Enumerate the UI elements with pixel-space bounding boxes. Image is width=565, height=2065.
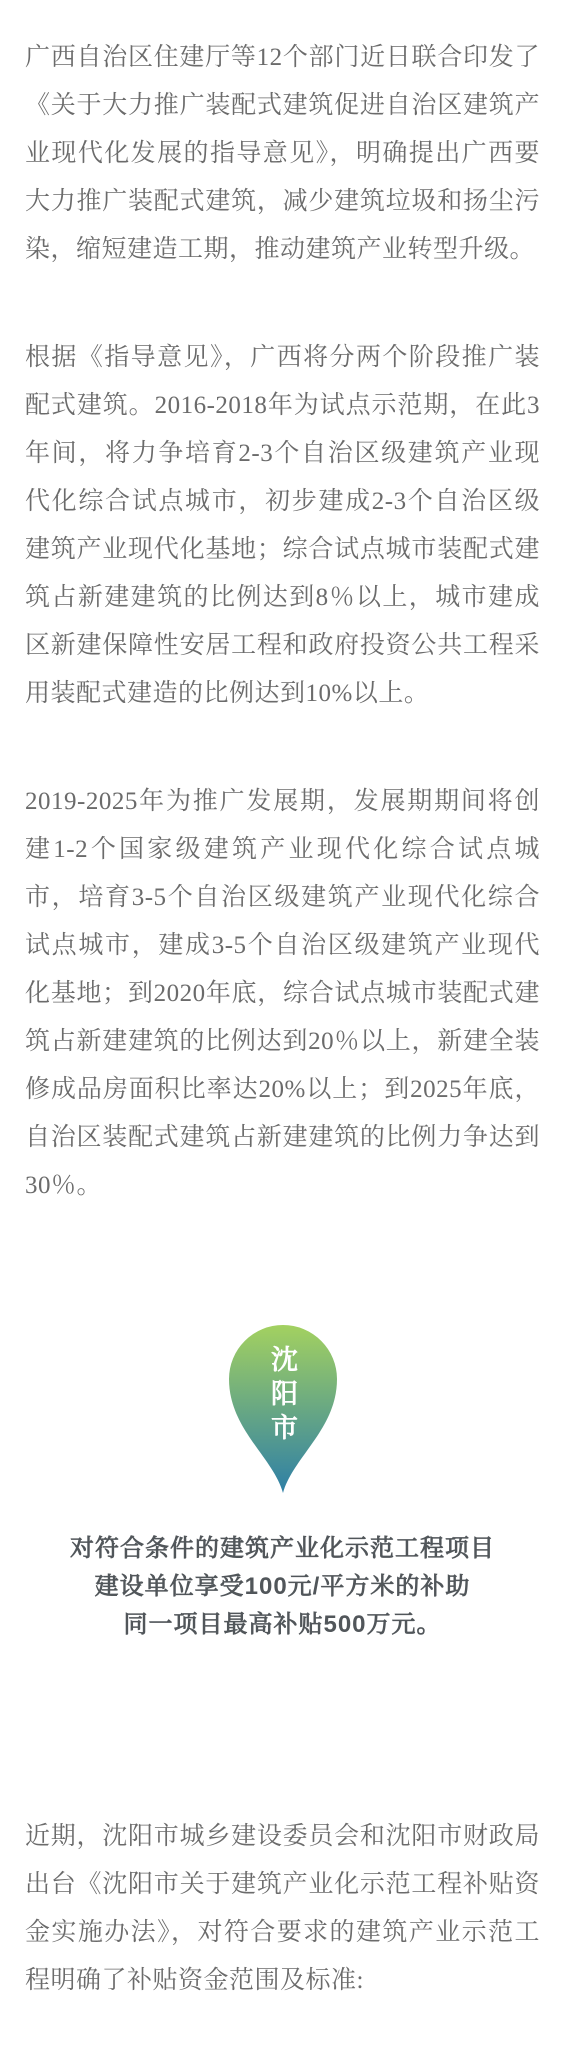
subsidy-highlight-line-3: 同一项目最高补贴500万元。 [25,1606,540,1644]
article-paragraph-pilot-phase: 根据《指导意见》，广西将分两个阶段推广装配式建筑。2016-2018年为试点示范… [25,334,540,718]
article-paragraph-guangxi-intro: 广西自治区住建厅等12个部门近日联合印发了《关于大力推广装配式建筑促进自治区建筑… [25,34,540,274]
article-body: 广西自治区住建厅等12个部门近日联合印发了《关于大力推广装配式建筑促进自治区建筑… [0,0,565,2065]
subsidy-highlight-block: 对符合条件的建筑产业化示范工程项目 建设单位享受100元/平方米的补助 同一项目… [25,1530,540,1644]
article-paragraph-promotion-phase: 2019-2025年为推广发展期，发展期期间将创建1-2个国家级建筑产业现代化综… [25,778,540,1210]
article-paragraph-shenyang-policy: 近期，沈阳市城乡建设委员会和沈阳市财政局出台《沈阳市关于建筑产业化示范工程补贴资… [25,1813,540,2005]
pin-city-label: 沈阳市 [263,1345,302,1447]
subsidy-highlight-line-2: 建设单位享受100元/平方米的补助 [25,1568,540,1606]
subsidy-highlight-line-1: 对符合条件的建筑产业化示范工程项目 [25,1530,540,1568]
shenyang-location-pin: 沈阳市 [229,1325,337,1493]
